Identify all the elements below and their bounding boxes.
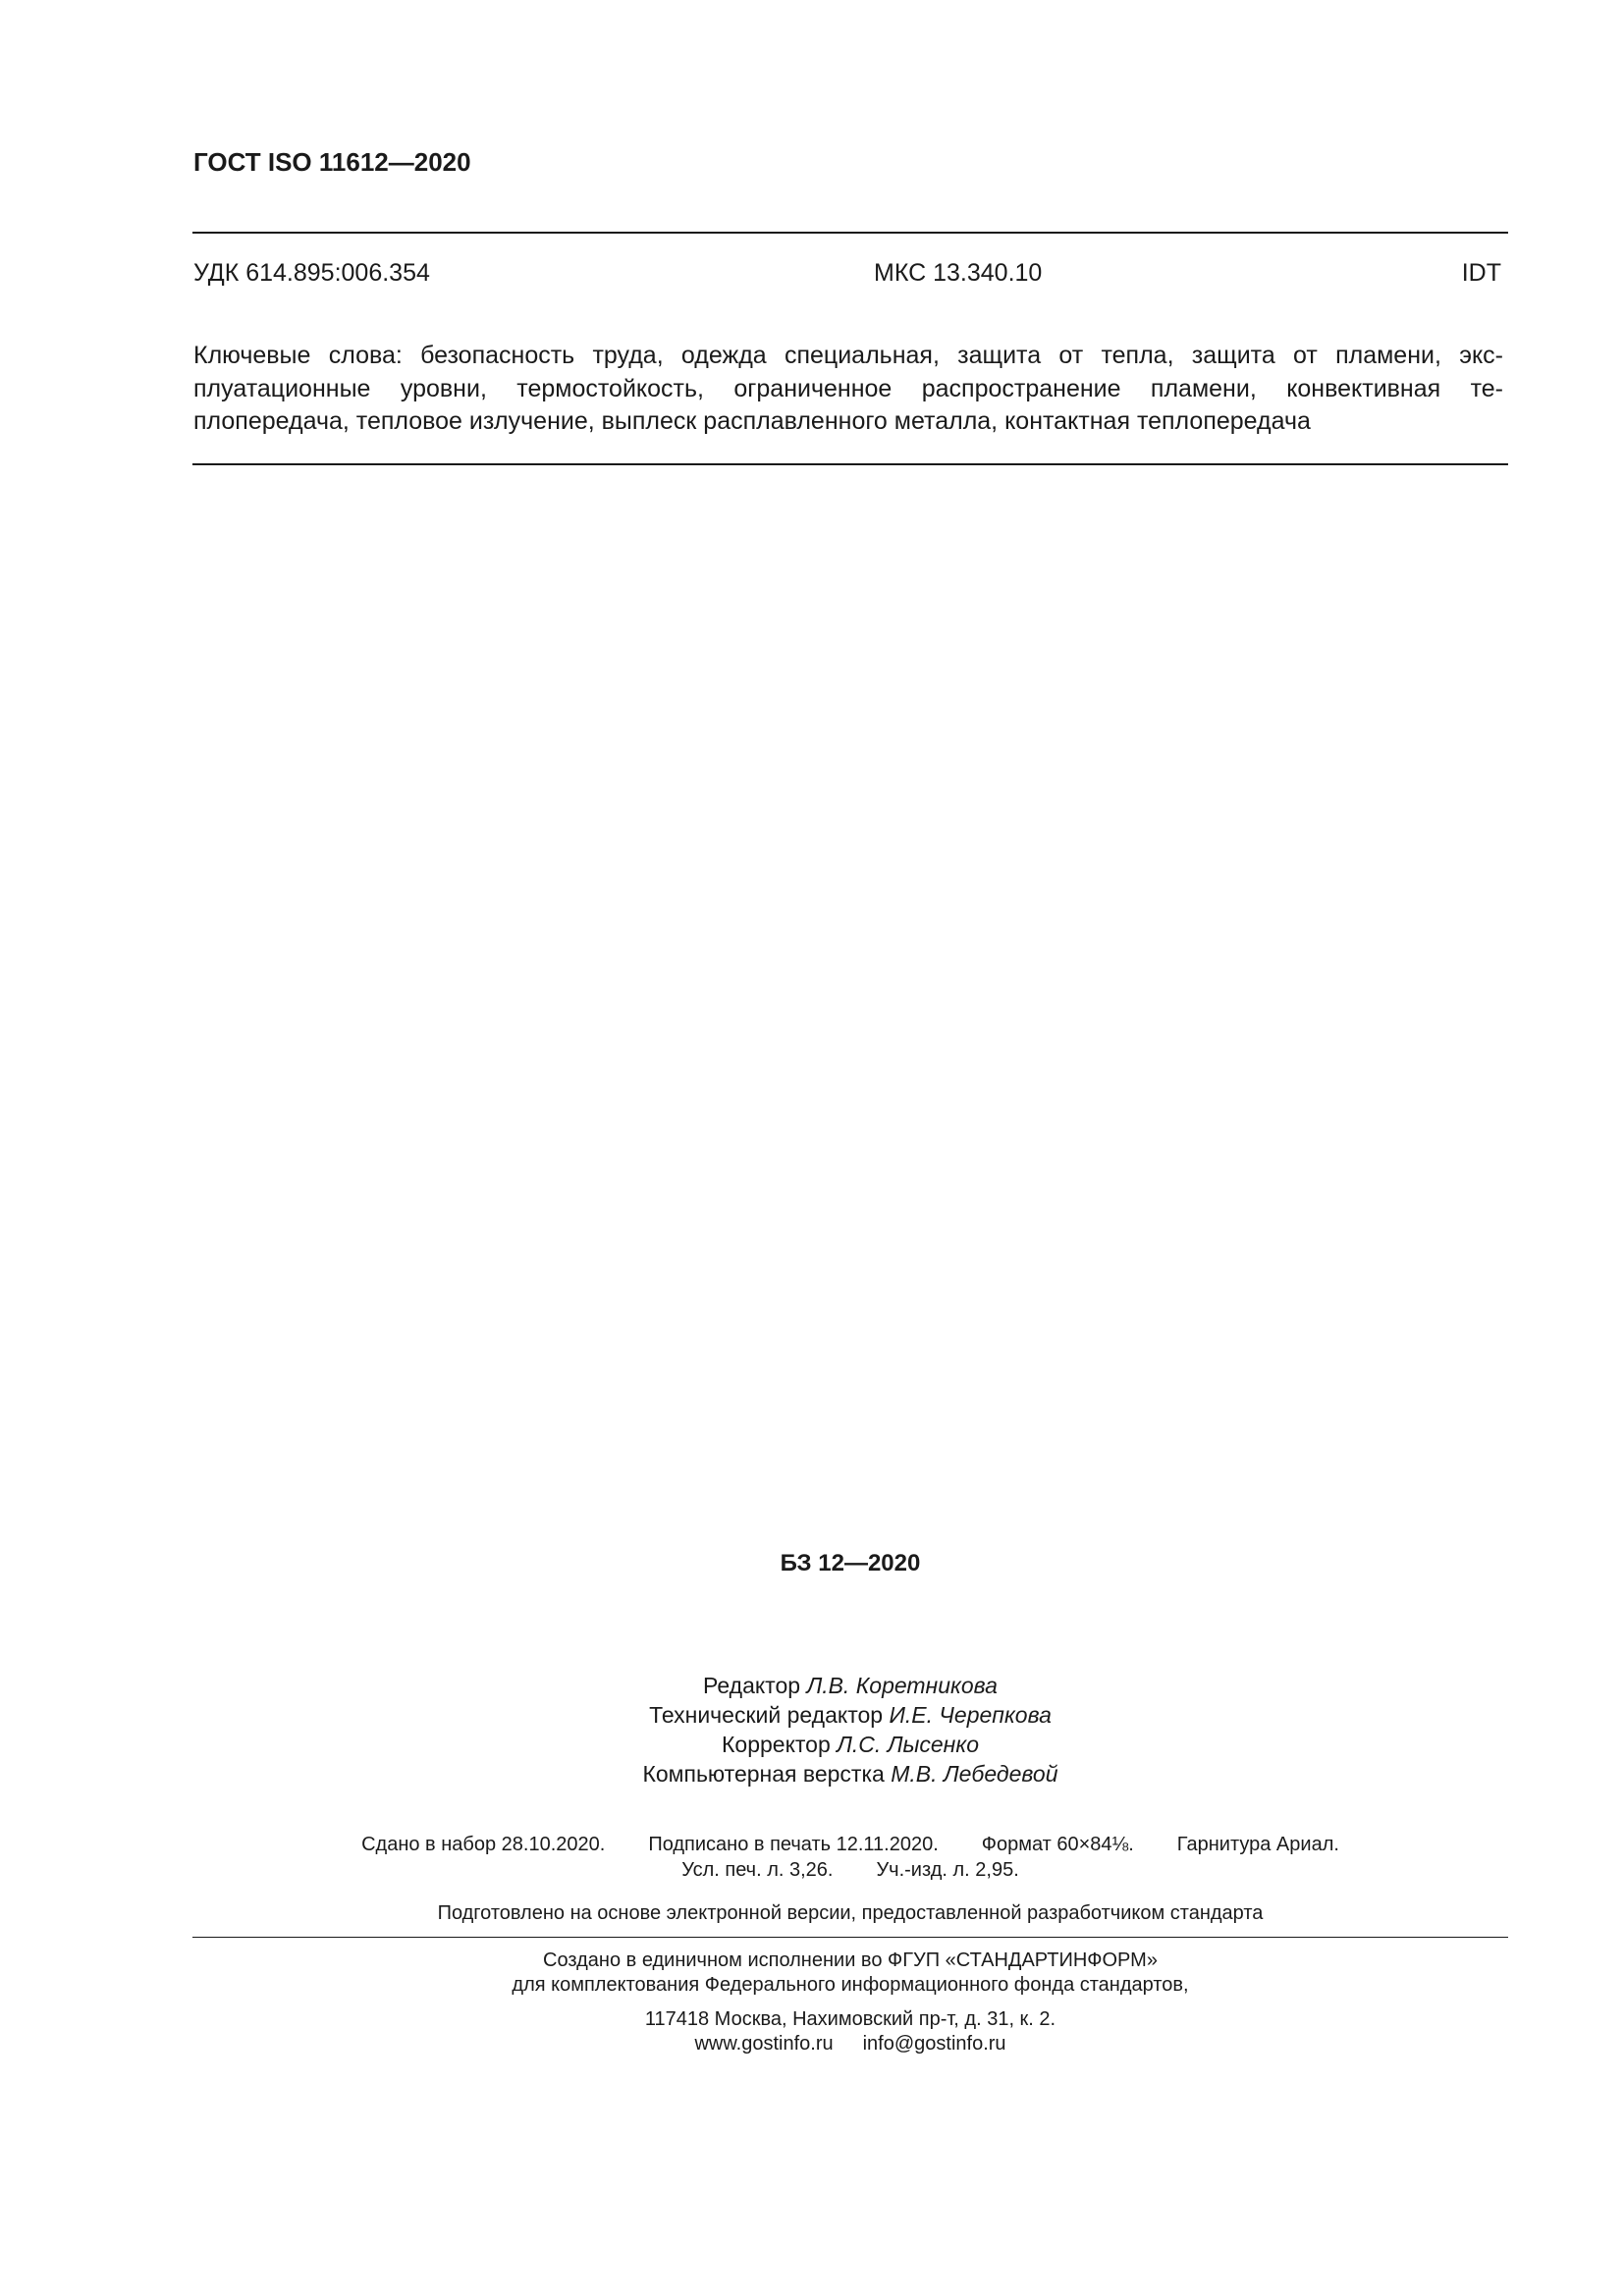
keywords-line: Ключевые слова: безопасность труда, одеж… <box>193 340 1503 373</box>
print-info-line-1: Сдано в набор 28.10.2020.Подписано в печ… <box>192 1832 1508 1857</box>
classification-row: УДК 614.895:006.354 МКС 13.340.10 IDT <box>193 259 1501 289</box>
credit-technical-editor: Технический редактор И.Е. Черепкова <box>192 1700 1508 1730</box>
keywords-line: плуатационные уровни, термостойкость, ог… <box>193 373 1503 406</box>
email-link[interactable]: info@gostinfo.ru <box>863 2033 1006 2055</box>
paper-format: Формат 60×84⅛. <box>982 1834 1134 1855</box>
udk-code: УДК 614.895:006.354 <box>193 259 430 288</box>
top-divider <box>192 232 1508 234</box>
keywords-line: плопередача, тепловое излучение, выплеск… <box>193 405 1503 439</box>
credits-block: Редактор Л.В. Коретникова Технический ре… <box>192 1671 1508 1789</box>
conventional-sheets: Усл. печ. л. 3,26. <box>681 1859 833 1881</box>
credit-editor: Редактор Л.В. Коретникова <box>192 1671 1508 1700</box>
imprint-divider <box>192 1937 1508 1938</box>
bz-number: БЗ 12—2020 <box>192 1550 1508 1577</box>
print-info: Сдано в набор 28.10.2020.Подписано в печ… <box>192 1832 1508 1883</box>
publisher-address: 117418 Москва, Нахимовский пр-т, д. 31, … <box>192 2007 1508 2032</box>
publishing-sheets: Уч.-изд. л. 2,95. <box>876 1859 1018 1881</box>
credit-proofreader: Корректор Л.С. Лысенко <box>192 1730 1508 1759</box>
created-note: Создано в единичном исполнении во ФГУП «… <box>192 1949 1508 1998</box>
typeface: Гарнитура Ариал. <box>1177 1834 1339 1855</box>
keywords-block: Ключевые слова: безопасность труда, одеж… <box>193 340 1503 439</box>
document-title: ГОСТ ISO 11612—2020 <box>193 147 471 178</box>
publisher-contacts: 117418 Москва, Нахимовский пр-т, д. 31, … <box>192 2007 1508 2056</box>
credit-layout: Компьютерная верстка М.В. Лебедевой <box>192 1759 1508 1789</box>
submitted-date: Сдано в набор 28.10.2020. <box>361 1834 605 1855</box>
website-link[interactable]: www.gostinfo.ru <box>694 2033 833 2055</box>
print-info-line-2: Усл. печ. л. 3,26.Уч.-изд. л. 2,95. <box>192 1857 1508 1883</box>
prepared-note: Подготовлено на основе электронной верси… <box>192 1902 1508 1925</box>
equivalence-degree: IDT <box>1462 259 1501 288</box>
keywords-divider <box>192 463 1508 465</box>
mks-code: МКС 13.340.10 <box>874 259 1042 288</box>
signed-date: Подписано в печать 12.11.2020. <box>648 1834 938 1855</box>
